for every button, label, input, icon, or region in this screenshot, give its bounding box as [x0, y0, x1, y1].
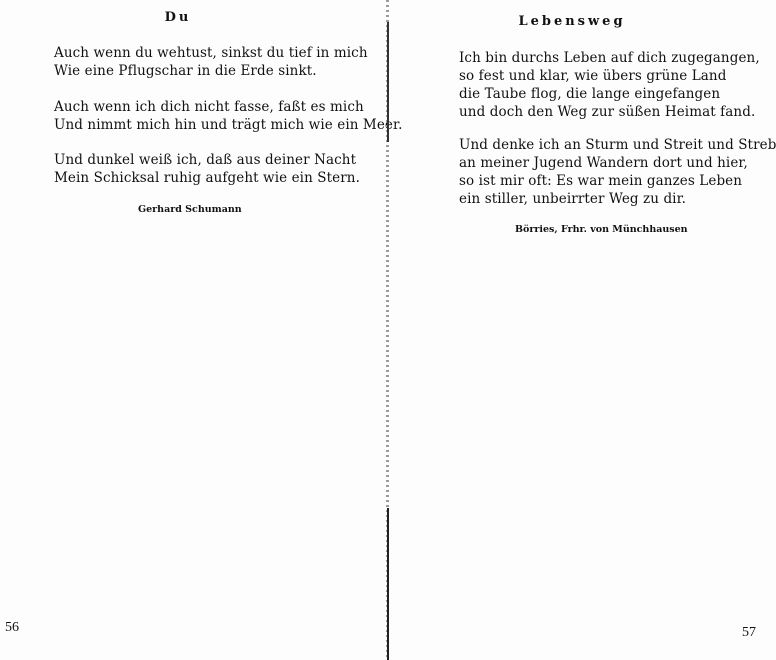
book-spread: Du Auch wenn du wehtust, sinkst du tief … [0, 0, 776, 660]
poem-line: Wie eine Pflugschar in die Erde sinkt. [54, 62, 368, 80]
left-page: Du Auch wenn du wehtust, sinkst du tief … [0, 0, 386, 660]
poem-line: Und nimmt mich hin und trägt mich wie ei… [54, 116, 402, 134]
stanza: Auch wenn ich dich nicht fasse, faßt es … [54, 98, 402, 134]
poem-line: Und dunkel weiß ich, daß aus deiner Nach… [54, 151, 360, 169]
poem-line: Ich bin durchs Leben auf dich zugegangen… [459, 49, 760, 67]
poem-line: Und denke ich an Sturm und Streit und St… [459, 136, 776, 154]
poem-title: Du [0, 10, 356, 25]
poem-line: und doch den Weg zur süßen Heimat fand. [459, 103, 760, 121]
poem-line: Auch wenn ich dich nicht fasse, faßt es … [54, 98, 402, 116]
poem-line: Auch wenn du wehtust, sinkst du tief in … [54, 44, 368, 62]
poem-author: Gerhard Schumann [138, 204, 242, 215]
page-number: 56 [5, 620, 19, 636]
stanza: Auch wenn du wehtust, sinkst du tief in … [54, 44, 368, 80]
poem-author: Börries, Frhr. von Münchhausen [515, 224, 688, 235]
stanza: Und denke ich an Sturm und Streit und St… [459, 136, 776, 208]
poem-title: Lebensweg [389, 14, 755, 29]
poem-line: Mein Schicksal ruhig aufgeht wie ein Ste… [54, 169, 360, 187]
poem-line: so ist mir oft: Es war mein ganzes Leben [459, 172, 776, 190]
poem-line: an meiner Jugend Wandern dort und hier, [459, 154, 776, 172]
poem-line: ein stiller, unbeirrter Weg zu dir. [459, 190, 776, 208]
poem-line: die Taube flog, die lange eingefangen [459, 85, 760, 103]
stanza: Und dunkel weiß ich, daß aus deiner Nach… [54, 151, 360, 187]
poem-line: so fest und klar, wie übers grüne Land [459, 67, 760, 85]
stanza: Ich bin durchs Leben auf dich zugegangen… [459, 49, 760, 121]
right-page: Lebensweg Ich bin durchs Leben auf dich … [389, 0, 776, 660]
page-number: 57 [742, 625, 756, 641]
